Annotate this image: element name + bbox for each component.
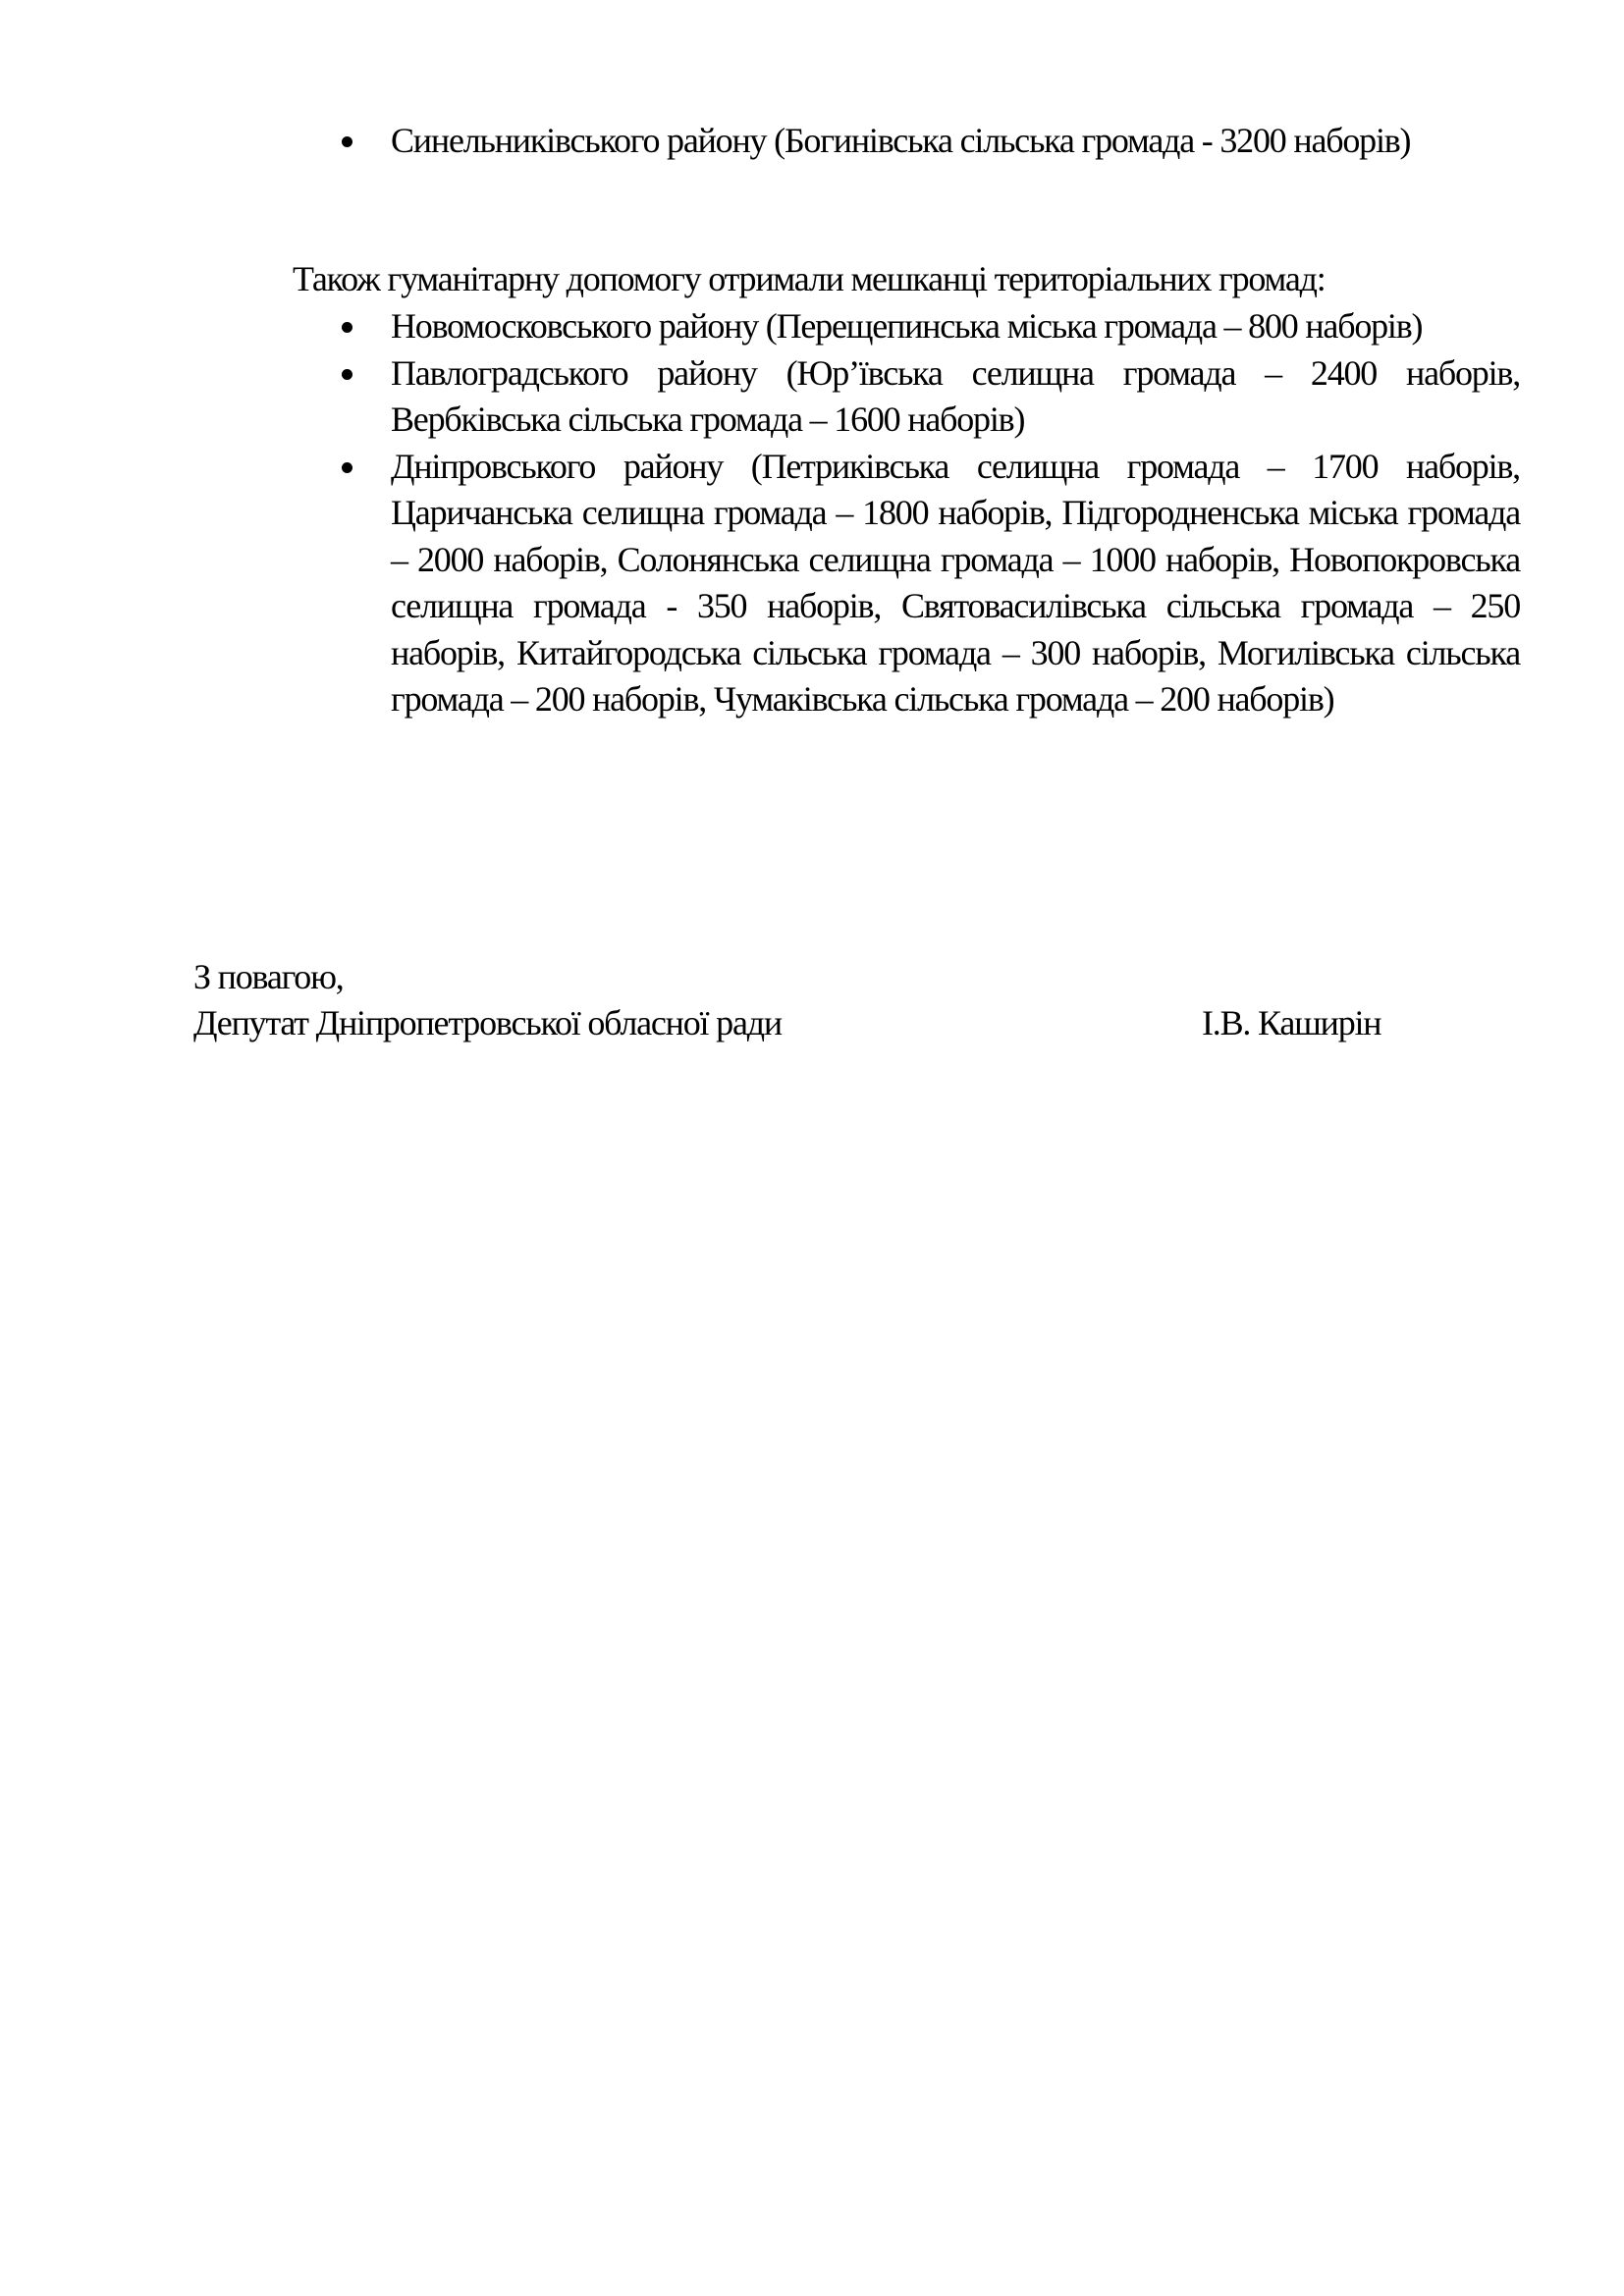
bullet-icon: [342, 369, 352, 380]
signature-role: Депутат Дніпропетровської обласної ради: [193, 1000, 782, 1047]
bullet-icon: [342, 462, 352, 473]
list-item-text: Дніпровського району (Петриківська селищ…: [391, 447, 1520, 720]
district-list-main: Новомосковського району (Перещепинська м…: [330, 303, 1520, 723]
document-page: Синельниківського району (Богинівська сі…: [0, 0, 1624, 2296]
bullet-icon: [342, 322, 352, 333]
list-item: Новомосковського району (Перещепинська м…: [330, 303, 1520, 350]
district-list-top: Синельниківського району (Богинівська сі…: [330, 118, 1520, 165]
bullet-icon: [342, 136, 352, 147]
list-item-text: Новомосковського району (Перещепинська м…: [391, 306, 1422, 346]
list-item: Павлоградського району (Юр’ївська селищн…: [330, 350, 1520, 444]
closing-salutation: З повагою,: [193, 954, 344, 1001]
list-item: Дніпровського району (Петриківська селищ…: [330, 444, 1520, 723]
list-item: Синельниківського району (Богинівська сі…: [330, 118, 1520, 165]
intro-paragraph: Також гуманітарну допомогу отримали мешк…: [293, 256, 1326, 303]
list-item-text: Павлоградського району (Юр’ївська селищн…: [391, 353, 1520, 440]
list-item-text: Синельниківського району (Богинівська сі…: [391, 121, 1410, 160]
signature-name: І.В. Каширін: [1202, 1000, 1380, 1047]
